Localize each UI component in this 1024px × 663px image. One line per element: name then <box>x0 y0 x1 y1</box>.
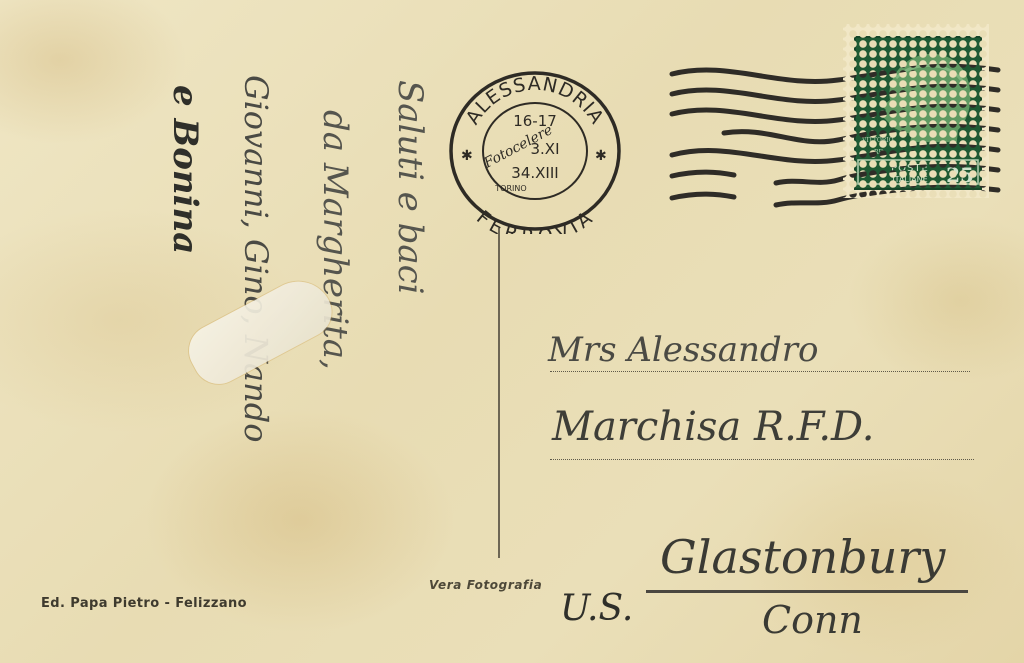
svg-text:25: 25 <box>946 163 974 187</box>
svg-text:FERROVIA: FERROVIA <box>472 206 597 234</box>
svg-text:TORINO: TORINO <box>494 184 526 193</box>
publisher-imprint: Ed. Papa Pietro - Felizzano <box>41 596 247 611</box>
message-line-3: Giovanni, Gino, Nando <box>237 75 275 442</box>
svg-text:✱: ✱ <box>595 149 607 164</box>
svg-text:RE: RE <box>874 149 883 156</box>
svg-text:VITTORIO: VITTORIO <box>861 137 894 144</box>
address-rule-2 <box>550 459 974 460</box>
address-rule-3 <box>646 590 968 593</box>
postmark-icon: ALESSANDRIA FERROVIA 16-17 3.XI 34.XIII … <box>447 68 623 234</box>
message-line-4: e Bonina <box>165 85 205 254</box>
postcard-back: Saluti e baci da Margherita, Giovanni, G… <box>0 0 1024 663</box>
svg-text:ITALIANE: ITALIANE <box>892 175 927 184</box>
address-line-4: Conn <box>762 598 863 642</box>
svg-text:POSTE: POSTE <box>891 163 929 174</box>
postage-stamp: VITTORIO RE POSTE ITALIANE 25 <box>843 24 989 198</box>
address-rule-1 <box>550 371 970 372</box>
address-country-note: U.S. <box>560 588 633 629</box>
address-line-1: Mrs Alessandro <box>548 330 818 370</box>
message-line-1: Saluti e baci <box>390 80 430 295</box>
address-line-2: Marchisa R.F.D. <box>552 404 874 450</box>
photo-credit: Vera Fotografia <box>429 578 542 592</box>
svg-text:✱: ✱ <box>461 149 473 164</box>
svg-text:34.XIII: 34.XIII <box>511 164 558 182</box>
address-line-3: Glastonbury <box>660 530 945 584</box>
center-divider <box>498 228 500 558</box>
king-portrait-icon: VITTORIO RE POSTE ITALIANE 25 <box>856 38 980 188</box>
